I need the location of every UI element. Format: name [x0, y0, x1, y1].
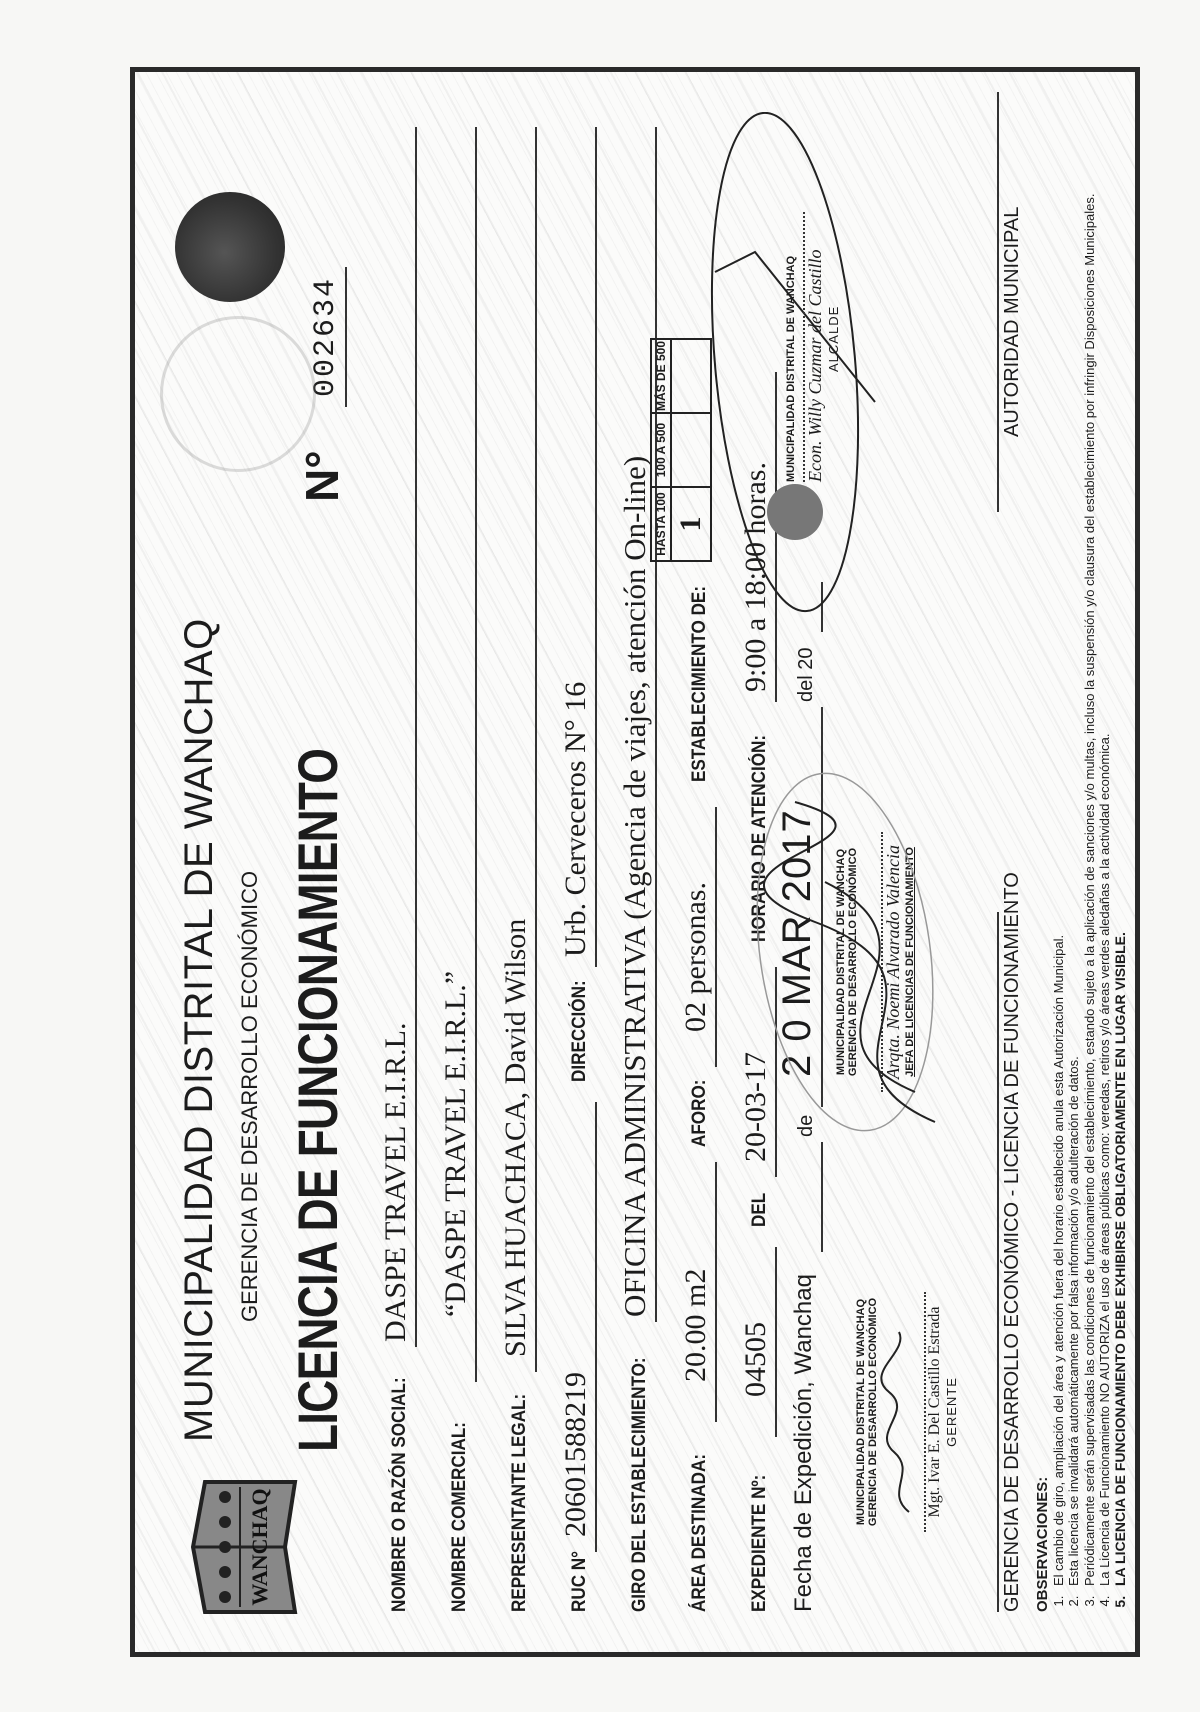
underline [821, 707, 823, 1107]
underline [821, 1142, 823, 1252]
wanchaq-logo-icon: WANCHAQ [175, 1472, 305, 1622]
underline [475, 127, 477, 1382]
del-value: 20-03-17 [739, 1052, 773, 1162]
ruc-value: 20601588219 [559, 1372, 593, 1537]
department-name: GERENCIA DE DESARROLLO ECONÓMICO [237, 871, 263, 1322]
expedition-date-stamp: 2 0 MAR 2017 [775, 809, 820, 1077]
underline [655, 127, 657, 1322]
footer-gerencia-label: GERENCIA DE DESARROLLO ECONÓMICO - LICEN… [1001, 872, 1024, 1612]
svg-text:WANCHAQ: WANCHAQ [247, 1488, 272, 1605]
observacion-item: Periódicamente serán supervisadas las co… [1082, 192, 1098, 1592]
field-razon-social: NOMBRE O RAZÓN SOCIAL: DASPE TRAVEL E.I.… [367, 112, 417, 1612]
field-nombre-comercial: NOMBRE COMERCIAL: “DASPE TRAVEL E.I.R.L.… [427, 112, 477, 1612]
underline [595, 1102, 597, 1552]
alcalde-name: Econ. Willy Cuzmar del Castillo [805, 182, 826, 482]
gerente-stamp-line1: MUNICIPALIDAD DISTRITAL DE WANCHAQ [855, 1292, 867, 1532]
size-val-mas-500 [671, 339, 711, 413]
jefa-stamp-line1: MUNICIPALIDAD DISTRITAL DE WANCHAQ [835, 832, 847, 1092]
establishment-size-table: HASTA 100 100 A 500 MÁS DE 500 1 [650, 338, 712, 562]
field-giro: GIRO DEL ESTABLECIMIENTO: OFICINA ADMINI… [607, 112, 657, 1612]
underline [997, 92, 999, 512]
observacion-item: El cambio de giro, ampliación del área y… [1051, 192, 1067, 1592]
signature-gerente: MUNICIPALIDAD DISTRITAL DE WANCHAQ GEREN… [855, 1292, 959, 1532]
observaciones-section: OBSERVACIONES: El cambio de giro, amplia… [1035, 192, 1128, 1612]
direccion-label: DIRECCIÓN: [569, 980, 591, 1082]
aforo-value: 02 personas. [679, 882, 713, 1032]
field-representante-legal: REPRESENTANTE LEGAL: SILVA HUACHACA, Dav… [487, 112, 537, 1612]
del-label: DEL [749, 1193, 771, 1227]
area-label: ÁREA DESTINADA: [689, 1454, 711, 1612]
signature-jefa: MUNICIPALIDAD DISTRITAL DE WANCHAQ GEREN… [835, 832, 916, 1092]
size-val-100-500 [671, 413, 711, 487]
municipal-seal-icon [175, 192, 285, 302]
expediente-value: 04505 [739, 1322, 773, 1397]
underline [595, 127, 597, 967]
horario-label: HORARIO DE ATENCIÓN: [749, 735, 771, 942]
alcalde-stamp: MUNICIPALIDAD DISTRITAL DE WANCHAQ [785, 182, 797, 482]
field-label: GIRO DEL ESTABLECIMIENTO: [629, 1357, 651, 1612]
gerente-stamp-line2: GERENCIA DE DESARROLLO ECONÓMICO [867, 1292, 879, 1532]
underline [535, 127, 537, 1372]
expedicion-label: Fecha de Expedición, Wanchaq [790, 1274, 818, 1612]
field-expediente-horario: EXPEDIENTE Nº: 04505 DEL 20-03-17 HORARI… [727, 112, 777, 1612]
footer-autoridad-label: AUTORIDAD MUNICIPAL [1001, 207, 1024, 437]
license-document: WANCHAQ MUNICIPALIDAD DISTRITAL DE WANCH… [130, 67, 1140, 1657]
establecimiento-label: ESTABLECIMIENTO DE: [689, 586, 711, 782]
area-value: 20.00 m2 [679, 1269, 713, 1382]
field-value: SILVA HUACHACA, David Wilson [499, 919, 533, 1357]
field-label: NOMBRE COMERCIAL: [449, 1422, 471, 1612]
jefa-role: JEFA DE LICENCIAS DE FUNCIONAMIENTO [904, 832, 916, 1092]
document-title: LICENCIA DE FUNCIONAMIENTO [285, 749, 350, 1452]
observacion-item: La Licencia de Funcionamiento NO AUTORIZ… [1097, 192, 1113, 1592]
jefa-stamp-line2: GERENCIA DE DESARROLLO ECONÓMICO [847, 832, 859, 1092]
observacion-item: LA LICENCIA DE FUNCIONAMIENTO DEBE EXHIB… [1113, 192, 1129, 1592]
size-val-hasta-100: 1 [671, 487, 711, 561]
field-value: DASPE TRAVEL E.I.R.L. [379, 1023, 413, 1342]
direccion-value: Urb. Cerveceros N° 16 [559, 682, 593, 957]
ruc-label: RUC N° [569, 1551, 591, 1612]
signature-alcalde: MUNICIPALIDAD DISTRITAL DE WANCHAQ Econ.… [785, 182, 841, 482]
underline [775, 1247, 777, 1437]
field-value: “DASPE TRAVEL E.I.R.L.” [439, 971, 473, 1317]
alcalde-role: ALCALDE [826, 182, 841, 482]
number-label: N° [295, 450, 349, 502]
aforo-label: AFORO: [689, 1080, 711, 1147]
gerente-signature-scribble-icon [879, 1292, 919, 1532]
de-label: de [795, 1115, 818, 1137]
gerente-role: GERENTE [944, 1292, 959, 1532]
size-col-mas-500: MÁS DE 500 [651, 339, 671, 413]
observacion-item: Esta licencia se invalidará automáticame… [1066, 192, 1082, 1592]
gerente-name: Mgt. Ivar E. Del Castillo Estrada [926, 1292, 944, 1532]
field-ruc-direccion: RUC N° 20601588219 DIRECCIÓN: Urb. Cerve… [547, 112, 597, 1612]
horario-value: 9:00 a 18:00 horas. [739, 462, 773, 692]
field-label: NOMBRE O RAZÓN SOCIAL: [389, 1377, 411, 1612]
expediente-label: EXPEDIENTE Nº: [749, 1475, 771, 1612]
observaciones-title: OBSERVACIONES: [1035, 192, 1051, 1612]
underline [997, 912, 999, 1612]
field-label: REPRESENTANTE LEGAL: [509, 1394, 531, 1612]
del-20-label: del 20 [795, 648, 818, 703]
underline [821, 582, 823, 632]
field-value: OFICINA ADMINISTRATIVA (Agencia de viaje… [617, 456, 653, 1317]
underline [715, 807, 717, 1067]
faint-seal-icon [160, 316, 316, 472]
size-col-hasta-100: HASTA 100 [651, 487, 671, 561]
municipality-name: MUNICIPALIDAD DISTRITAL DE WANCHAQ [177, 618, 222, 1442]
underline [715, 1162, 717, 1422]
jefa-name: Arqta. Noemi Alvarado Valencia [883, 832, 904, 1092]
underline [775, 372, 777, 702]
field-area-aforo: ÁREA DESTINADA: 20.00 m2 AFORO: 02 perso… [667, 112, 717, 1612]
size-col-100-500: 100 A 500 [651, 413, 671, 487]
underline [415, 127, 417, 1347]
